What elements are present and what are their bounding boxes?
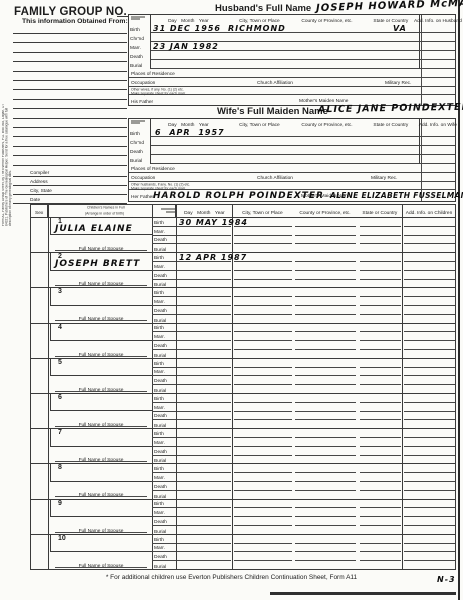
date-row: Date	[13, 194, 127, 204]
child-row: 9 Full Name of Spouse Birth Marr. Death …	[30, 500, 456, 535]
wife-col-state: State or Country	[374, 123, 409, 128]
child-number: 6	[58, 394, 62, 401]
spouse-underline	[55, 250, 147, 251]
child-name-value: JOSEPH BRETT	[55, 259, 140, 269]
wife-birth-date: 6 APR 1957	[155, 128, 225, 137]
source-line	[13, 52, 127, 53]
row-label-death: Death	[154, 555, 167, 560]
row-label-death: Death	[154, 414, 167, 419]
row-label-death: Death	[154, 379, 167, 384]
marr-label: Marr.	[130, 46, 141, 51]
husband-name-value: JOSEPH HOWARD McMANUS	[316, 0, 463, 14]
obtained-from-label: This information Obtained From:	[22, 18, 128, 25]
form-title: FAMILY GROUP NO.	[14, 6, 127, 18]
child-name-box: 9	[50, 500, 152, 517]
row-label-burial: Burial	[154, 494, 166, 499]
spouse-underline	[55, 356, 147, 357]
occupation-label: Occupation	[131, 81, 155, 86]
date-label: Date	[30, 198, 40, 203]
scan-edge-bottom	[270, 592, 456, 595]
husband-header-row: Day Month Year City, Town or Place Count…	[129, 15, 455, 24]
child-name-box: 8	[50, 464, 152, 481]
row-label-birth: Birth	[154, 361, 164, 366]
husband-col-date: Day Month Year	[168, 19, 209, 24]
child-name-box: 2 JOSEPH BRETT	[50, 253, 152, 270]
burial-label: Burial	[130, 159, 142, 164]
compiler-label: Compiler	[30, 171, 49, 176]
husband-col-addinfo: Add. Info. on Husband	[414, 19, 462, 24]
row-label-marr: Marr.	[154, 335, 165, 340]
child-name-box: 7	[50, 429, 152, 446]
child-row: 6 Full Name of Spouse Birth Marr. Death …	[30, 394, 456, 429]
row-label-death: Death	[154, 309, 167, 314]
child-row: 8 Full Name of Spouse Birth Marr. Death …	[30, 464, 456, 499]
spouse-underline	[55, 461, 147, 462]
source-line	[13, 118, 127, 119]
scan-edge-right	[458, 0, 460, 600]
husband-places-row: Places of Residence	[129, 69, 455, 78]
child-number: 5	[58, 359, 62, 366]
child-row: 7 Full Name of Spouse Birth Marr. Death …	[30, 429, 456, 464]
wife-birth-row: Birth 6 APR 1957	[129, 128, 455, 137]
address-label: Address	[30, 180, 48, 185]
child-number: 3	[58, 288, 62, 295]
husband-burial-row: Burial	[129, 60, 455, 69]
footer-note: * For additional children use Everton Pu…	[0, 574, 463, 581]
wife-places-row: Places of Residence	[129, 164, 455, 173]
wife-burial-row: Burial	[129, 155, 455, 164]
source-line	[13, 99, 127, 100]
child-row: 5 Full Name of Spouse Birth Marr. Death …	[30, 359, 456, 394]
row-label-marr: Marr.	[154, 476, 165, 481]
husband-col-city: City, Town or Place	[239, 19, 280, 24]
husband-birth-city: RICHMOND	[228, 24, 286, 33]
wife-col-county: County or Province, etc.	[302, 123, 353, 128]
husband-birth-state: VA	[393, 24, 407, 33]
church-affiliation-label: Church Affiliation	[257, 176, 293, 181]
death-label: Death	[130, 150, 143, 155]
child-name-value: JULIA ELAINE	[55, 224, 133, 234]
source-line	[13, 80, 127, 81]
wife-name-value: ALICE JANE POINDEXTER	[318, 102, 463, 116]
row-label-marr: Marr.	[154, 229, 165, 234]
husband-grid: Day Month Year City, Town or Place Count…	[128, 14, 456, 106]
places-label: Places of Residence	[131, 167, 175, 172]
wife-chrnd-row: Chr'nd	[129, 137, 455, 146]
spouse-underline	[55, 285, 147, 286]
row-label-death: Death	[154, 485, 167, 490]
source-line	[13, 33, 127, 34]
military-rec-label: Military Rec.	[371, 176, 397, 181]
row-label-burial: Burial	[154, 283, 166, 288]
row-label-burial: Burial	[154, 459, 166, 464]
other-wives-note-1: Other wives, if any. No. (1) (2) etc.	[131, 88, 184, 91]
children-table: Sex Children's Names in Full (Arrange in…	[30, 204, 456, 570]
row-label-marr: Marr.	[154, 370, 165, 375]
child-row: 3 Full Name of Spouse Birth Marr. Death …	[30, 288, 456, 323]
wife-name-label: Wife's Full Maiden Name	[217, 106, 328, 117]
husband-col-county: County or Province, etc.	[302, 19, 353, 24]
children-col-date: Day Month Year	[184, 211, 225, 216]
row-label-death: Death	[154, 273, 167, 278]
husband-corner-cell	[129, 15, 151, 24]
child-name-box: 4	[50, 324, 152, 341]
spouse-underline	[55, 567, 147, 568]
husband-birth-date: 31 DEC 1956	[153, 24, 221, 33]
husband-marr-row: Marr. 23 JAN 1982	[129, 42, 455, 51]
wife-grid: Day Month Year City, Town or Place Count…	[128, 118, 456, 202]
form-no-blank	[117, 16, 128, 17]
child-row: 4 Full Name of Spouse Birth Marr. Death …	[30, 324, 456, 359]
source-line	[13, 61, 127, 62]
child-number: 9	[58, 500, 62, 507]
row-label-marr: Marr.	[154, 300, 165, 305]
row-label-birth: Birth	[154, 467, 164, 472]
wife-note-row: Other husbands, if any. No. (1) (2) etc.…	[129, 182, 455, 190]
wife-mother-value: ALENE ELIZABETH FUSSELMAN	[330, 191, 463, 200]
other-husbands-note-1: Other husbands, if any. No. (1) (2) etc.	[131, 183, 190, 186]
child-number: 8	[58, 464, 62, 471]
children-header-row: Sex Children's Names in Full (Arrange in…	[30, 204, 456, 218]
row-label-burial: Burial	[154, 354, 166, 359]
row-label-burial: Burial	[154, 318, 166, 323]
husband-col-state: State or Country	[374, 19, 409, 24]
her-father-label: Her Father	[131, 195, 154, 200]
occupation-label: Occupation	[131, 176, 155, 181]
row-label-burial: Burial	[154, 248, 166, 253]
row-label-birth: Birth	[154, 537, 164, 542]
child-name-box: 3	[50, 288, 152, 305]
burial-label: Burial	[130, 64, 142, 69]
husband-note-row: Other wives, if any. No. (1) (2) etc. Ma…	[129, 87, 455, 95]
her-father-value: HAROLD ROLPH POINDEXTER	[153, 191, 324, 201]
row-label-marr: Marr.	[154, 265, 165, 270]
source-line	[13, 89, 127, 90]
husband-marr-date: 23 JAN 1982	[153, 42, 219, 51]
row-label-birth: Birth	[154, 291, 164, 296]
row-label-birth: Birth	[154, 256, 164, 261]
source-line	[13, 136, 127, 137]
wife-occupation-row: Occupation Church Affiliation Military R…	[129, 173, 455, 182]
child-row: 2 JOSEPH BRETT Full Name of Spouse Birth…	[30, 253, 456, 288]
wife-corner-cell	[129, 119, 151, 128]
spouse-underline	[55, 532, 147, 533]
row-label-marr: Marr.	[154, 546, 165, 551]
husband-chrnd-row: Chr'nd	[129, 33, 455, 42]
row-label-birth: Birth	[154, 326, 164, 331]
row-label-death: Death	[154, 238, 167, 243]
source-line	[13, 127, 127, 128]
places-label: Places of Residence	[131, 72, 175, 77]
row-label-marr: Marr.	[154, 511, 165, 516]
child-number: 4	[58, 324, 62, 331]
source-line	[13, 146, 127, 147]
chrnd-label: Chr'nd	[130, 141, 144, 146]
children-names-header: Children's Names in Full (Arrange in ord…	[48, 205, 152, 217]
child-row: 1 JULIA ELAINE Full Name of Spouse Birth…	[30, 218, 456, 253]
child-row: 10 Full Name of Spouse Birth Marr. Death…	[30, 535, 456, 570]
military-rec-label: Military Rec.	[385, 81, 411, 86]
his-father-label: His Father	[131, 100, 153, 105]
sex-column-header: Sex	[35, 211, 43, 216]
child-number: 7	[58, 429, 62, 436]
husband-death-row: Death	[129, 51, 455, 60]
children-col-county: County or Province, etc.	[300, 211, 351, 216]
family-group-sheet: Form A1, Family Group Sheet, by The Ever…	[0, 0, 463, 600]
children-col-city: City, Town or Place	[242, 211, 283, 216]
page-mark: N-3	[437, 575, 456, 584]
wife-death-row: Death	[129, 146, 455, 155]
spouse-underline	[55, 496, 147, 497]
wife-col-date: Day Month Year	[168, 123, 209, 128]
row-label-burial: Burial	[154, 389, 166, 394]
row-label-death: Death	[154, 449, 167, 454]
row-label-burial: Burial	[154, 530, 166, 535]
husband-birth-row: Birth 31 DEC 1956 RICHMOND VA	[129, 24, 455, 33]
row-label-death: Death	[154, 520, 167, 525]
source-line	[13, 42, 127, 43]
child-number: 10	[58, 535, 66, 542]
child-name-box: 5	[50, 359, 152, 376]
death-label: Death	[130, 55, 143, 60]
spouse-underline	[55, 426, 147, 427]
source-line	[13, 155, 127, 156]
row-label-birth: Birth	[154, 502, 164, 507]
children-col-addinfo: Add. Info. on Children	[406, 211, 452, 216]
row-label-birth: Birth	[154, 432, 164, 437]
city-state-label: City, State	[30, 189, 52, 194]
row-label-burial: Burial	[154, 424, 166, 429]
source-line	[13, 71, 127, 72]
children-corner-cell	[152, 205, 176, 217]
row-label-death: Death	[154, 344, 167, 349]
row-label-marr: Marr.	[154, 441, 165, 446]
wife-col-city: City, Town or Place	[239, 123, 280, 128]
chrnd-label: Chr'nd	[130, 37, 144, 42]
source-line	[13, 165, 127, 166]
child-name-box: 6	[50, 394, 152, 411]
child-name-box: 10	[50, 535, 152, 552]
wife-header-row: Day Month Year City, Town or Place Count…	[129, 119, 455, 128]
child-name-box: 1 JULIA ELAINE	[50, 218, 152, 235]
children-col-state: State or Country	[363, 211, 398, 216]
row-label-birth: Birth	[154, 221, 164, 226]
source-line	[13, 108, 127, 109]
birth-label: Birth	[130, 28, 140, 33]
row-label-birth: Birth	[154, 397, 164, 402]
mothers-maiden-name-label: Mother's Maiden Name	[299, 99, 348, 104]
spouse-underline	[55, 320, 147, 321]
spouse-underline	[55, 391, 147, 392]
husband-occupation-row: Occupation Church Affiliation Military R…	[129, 78, 455, 87]
wife-col-addinfo: Add. Info. on Wife	[418, 123, 456, 128]
husband-name-label: Husband's Full Name	[215, 3, 311, 14]
wife-father-row: Her Father HAROLD ROLPH POINDEXTER Mothe…	[129, 190, 455, 202]
publisher-side-note: Form A1, Family Group Sheet, by The Ever…	[2, 96, 14, 226]
church-affiliation-label: Church Affiliation	[257, 81, 293, 86]
row-label-marr: Marr.	[154, 405, 165, 410]
birth-label: Birth	[130, 132, 140, 137]
row-label-burial: Burial	[154, 565, 166, 570]
